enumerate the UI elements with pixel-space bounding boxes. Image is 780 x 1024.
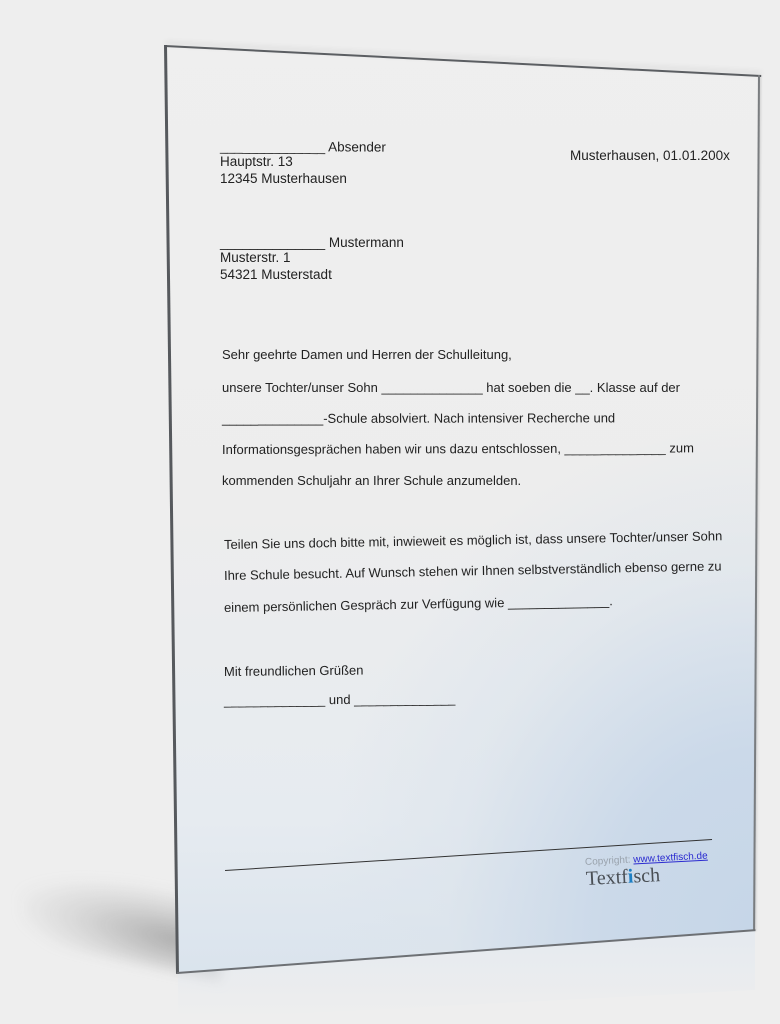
closing: Mit freundlichen Grüßen bbox=[224, 663, 364, 679]
recipient-city: 54321 Musterstadt bbox=[220, 267, 332, 282]
paragraph1-line2: ______________-Schule absolviert. Nach i… bbox=[222, 410, 615, 426]
signature-line: ______________ und ______________ bbox=[224, 691, 455, 708]
paragraph1-line4: kommenden Schuljahr an Ihrer Schule anzu… bbox=[222, 473, 521, 488]
letter-page: ______________ Absender Hauptstr. 13 123… bbox=[0, 0, 780, 1024]
recipient-name-line: ______________ Mustermann bbox=[220, 235, 404, 250]
place-date: Musterhausen, 01.01.200x bbox=[570, 148, 730, 163]
logo-text-right: sch bbox=[633, 864, 661, 887]
recipient-street: Musterstr. 1 bbox=[220, 250, 291, 265]
sender-city: 12345 Musterhausen bbox=[220, 171, 347, 186]
sender-label: Absender bbox=[328, 139, 386, 154]
logo-text-left: Textf bbox=[585, 866, 628, 890]
textfisch-logo: Textfisch bbox=[585, 864, 660, 891]
salutation: Sehr geehrte Damen und Herren der Schull… bbox=[222, 347, 512, 362]
sender-name-blank: ______________ bbox=[220, 139, 325, 154]
recipient-label: Mustermann bbox=[329, 235, 404, 250]
paragraph1-line3: Informationsgesprächen haben wir uns daz… bbox=[222, 440, 694, 457]
paragraph1-line1: unsere Tochter/unser Sohn ______________… bbox=[222, 380, 680, 395]
sender-name-line: ______________ Absender bbox=[220, 139, 386, 155]
recipient-name-blank: ______________ bbox=[220, 235, 325, 250]
sender-street: Hauptstr. 13 bbox=[220, 154, 293, 169]
